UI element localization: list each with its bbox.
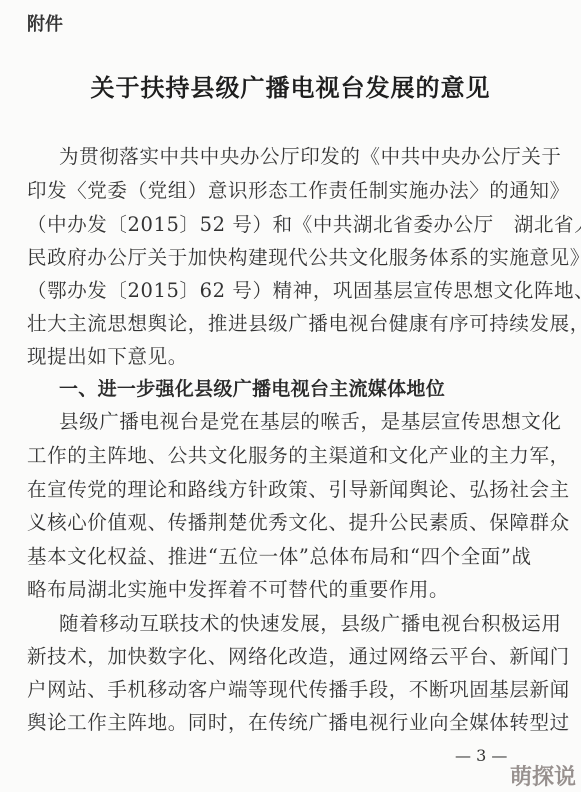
paragraph-line: （鄂办发〔2015〕62 号）精神，巩固基层宣传思想文化阵地、 [27, 279, 477, 303]
paragraph-line: 略布局湖北实施中发挥着不可替代的重要作用。 [27, 578, 477, 602]
paragraph-line: 为贯彻落实中共中央办公厅印发的《中共中央办公厅关于 [59, 145, 509, 169]
paragraph-line: 工作的主阵地、公共文化服务的主渠道和文化产业的主力军， [27, 444, 477, 468]
document-title: 关于扶持县级广播电视台发展的意见 [0, 68, 581, 103]
paragraph-line: 义核心价值观、传播荆楚优秀文化、提升公民素质、保障群众 [27, 511, 477, 535]
paragraph-line: 随着移动互联技术的快速发展，县级广播电视台积极运用 [59, 612, 509, 636]
paragraph-line: 新技术，加快数字化、网络化改造，通过网络云平台、新闻门 [27, 645, 477, 669]
paragraph-line: 基本文化权益、推进“五位一体”总体布局和“四个全面”战 [27, 545, 477, 569]
watermark-logo: 萌探说 [510, 760, 576, 791]
page-number: — 3 — [455, 746, 507, 765]
paragraph-line: 民政府办公厅关于加快构建现代公共文化服务体系的实施意见》 [27, 246, 477, 270]
paragraph-line: 壮大主流思想舆论，推进县级广播电视台健康有序可持续发展， [27, 312, 477, 336]
paragraph-line: 现提出如下意见。 [27, 345, 477, 369]
paragraph-line: （中办发〔2015〕52 号）和《中共湖北省委办公厅 湖北省人 [27, 213, 477, 237]
paragraph-line: 印发〈党委（党组）意识形态工作责任制实施办法〉的通知》 [27, 179, 477, 203]
paragraph-line: 舆论工作主阵地。同时，在传统广播电视行业向全媒体转型过 [27, 711, 477, 735]
attachment-label: 附件 [27, 10, 63, 36]
paragraph-line: 户网站、手机移动客户端等现代传播手段，不断巩固基层新闻 [27, 678, 477, 702]
paragraph-line: 在宣传党的理论和路线方针政策、引导新闻舆论、弘扬社会主 [27, 478, 477, 502]
paragraph-line: 县级广播电视台是党在基层的喉舌，是基层宣传思想文化 [59, 410, 509, 434]
section-heading: 一、进一步强化县级广播电视台主流媒体地位 [59, 377, 509, 401]
